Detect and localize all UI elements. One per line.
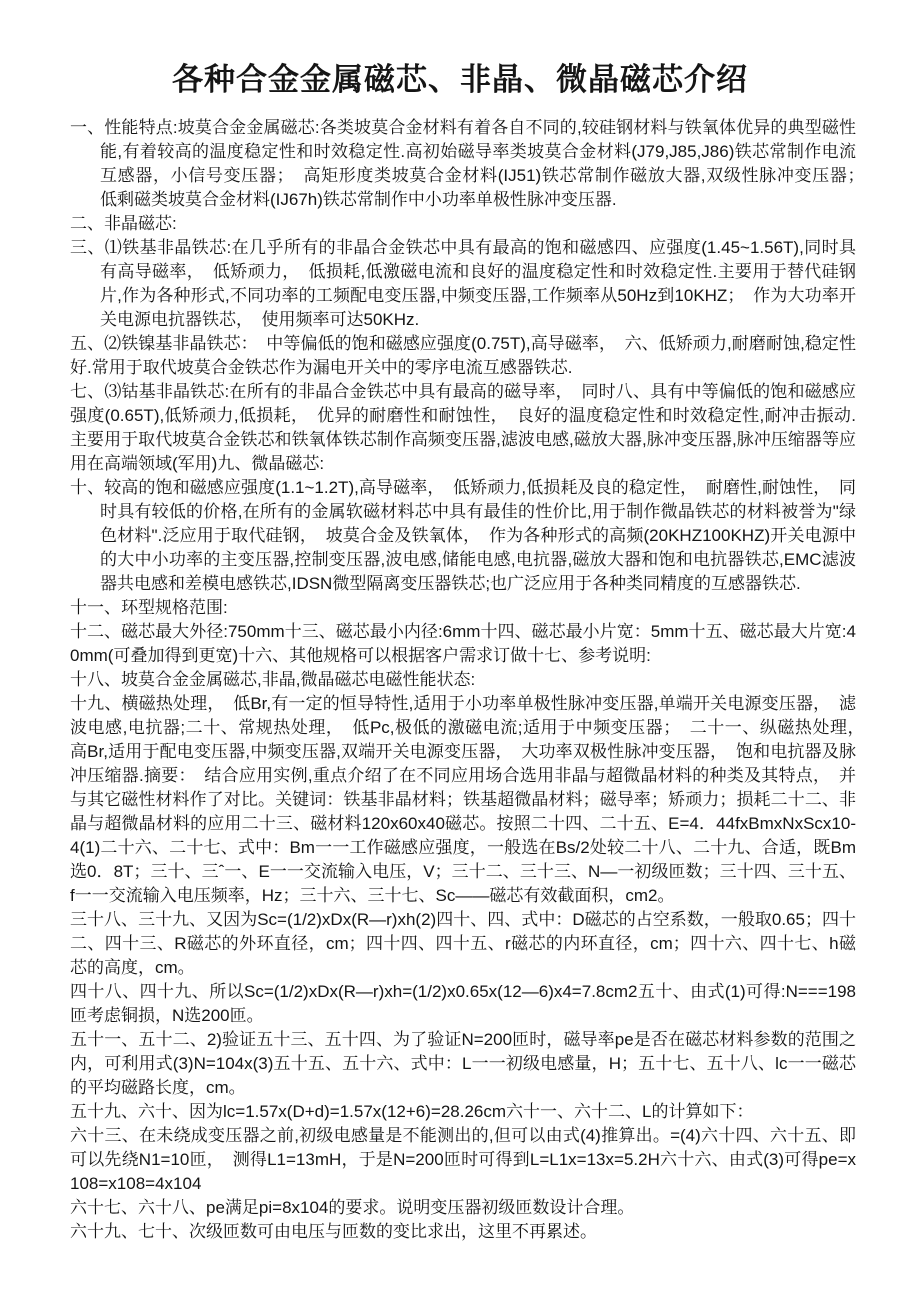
doc-paragraph: 十、较高的饱和磁感应强度(1.1~1.2T),高导磁率， 低矫顽力,低损耗及良的… [70, 476, 856, 596]
document-page: 各种合金金属磁芯、非晶、微晶磁芯介绍 一、性能特点:坡莫合金金属磁芯:各类坡莫合… [0, 0, 920, 1302]
page-title: 各种合金金属磁芯、非晶、微晶磁芯介绍 [0, 0, 920, 102]
doc-paragraph: 十二、磁芯最大外径:750mm十三、磁芯最小内径:6mm十四、磁芯最小片宽：5m… [70, 620, 856, 668]
document-body: 一、性能特点:坡莫合金金属磁芯:各类坡莫合金材料有着各自不同的,较硅钢材料与铁氧… [70, 116, 856, 1244]
doc-paragraph: 五、⑵铁镍基非晶铁芯： 中等偏低的饱和磁感应强度(0.75T),高导磁率， 六、… [70, 332, 856, 380]
doc-paragraph: 一、性能特点:坡莫合金金属磁芯:各类坡莫合金材料有着各自不同的,较硅钢材料与铁氧… [70, 116, 856, 212]
doc-paragraph: 十一、环型规格范围: [70, 596, 856, 620]
doc-paragraph: 六十七、六十八、pe满足pi=8x104的要求。说明变压器初级匝数设计合理。 [70, 1196, 856, 1220]
doc-paragraph: 六十三、在未绕成变压器之前,初级电感量是不能测出的,但可以由式(4)推算出。=(… [70, 1124, 856, 1196]
doc-paragraph: 五十一、五十二、2)验证五十三、五十四、为了验证N=200匝时，磁导率pe是否在… [70, 1028, 856, 1100]
doc-paragraph: 七、⑶钴基非晶铁芯:在所有的非晶合金铁芯中具有最高的磁导率， 同时八、具有中等偏… [70, 380, 856, 476]
doc-paragraph: 三、⑴铁基非晶铁芯:在几乎所有的非晶合金铁芯中具有最高的饱和磁感四、应强度(1.… [70, 236, 856, 332]
doc-paragraph: 十九、横磁热处理， 低Br,有一定的恒导特性,适用于小功率单极性脉冲变压器,单端… [70, 692, 856, 908]
doc-paragraph: 十八、坡莫合金金属磁芯,非晶,微晶磁芯电磁性能状态: [70, 668, 856, 692]
doc-paragraph: 二、非晶磁芯: [70, 212, 856, 236]
doc-paragraph: 六十九、七十、次级匝数可由电压与匝数的变比求出，这里不再累述。 [70, 1220, 856, 1244]
doc-paragraph: 四十八、四十九、所以Sc=(1/2)xDx(R—r)xh=(1/2)x0.65x… [70, 980, 856, 1028]
doc-paragraph: 三十八、三十九、又因为Sc=(1/2)xDx(R—r)xh(2)四十、四、式中：… [70, 908, 856, 980]
doc-paragraph: 五十九、六十、因为lc=1.57x(D+d)=1.57x(12+6)=28.26… [70, 1100, 856, 1124]
